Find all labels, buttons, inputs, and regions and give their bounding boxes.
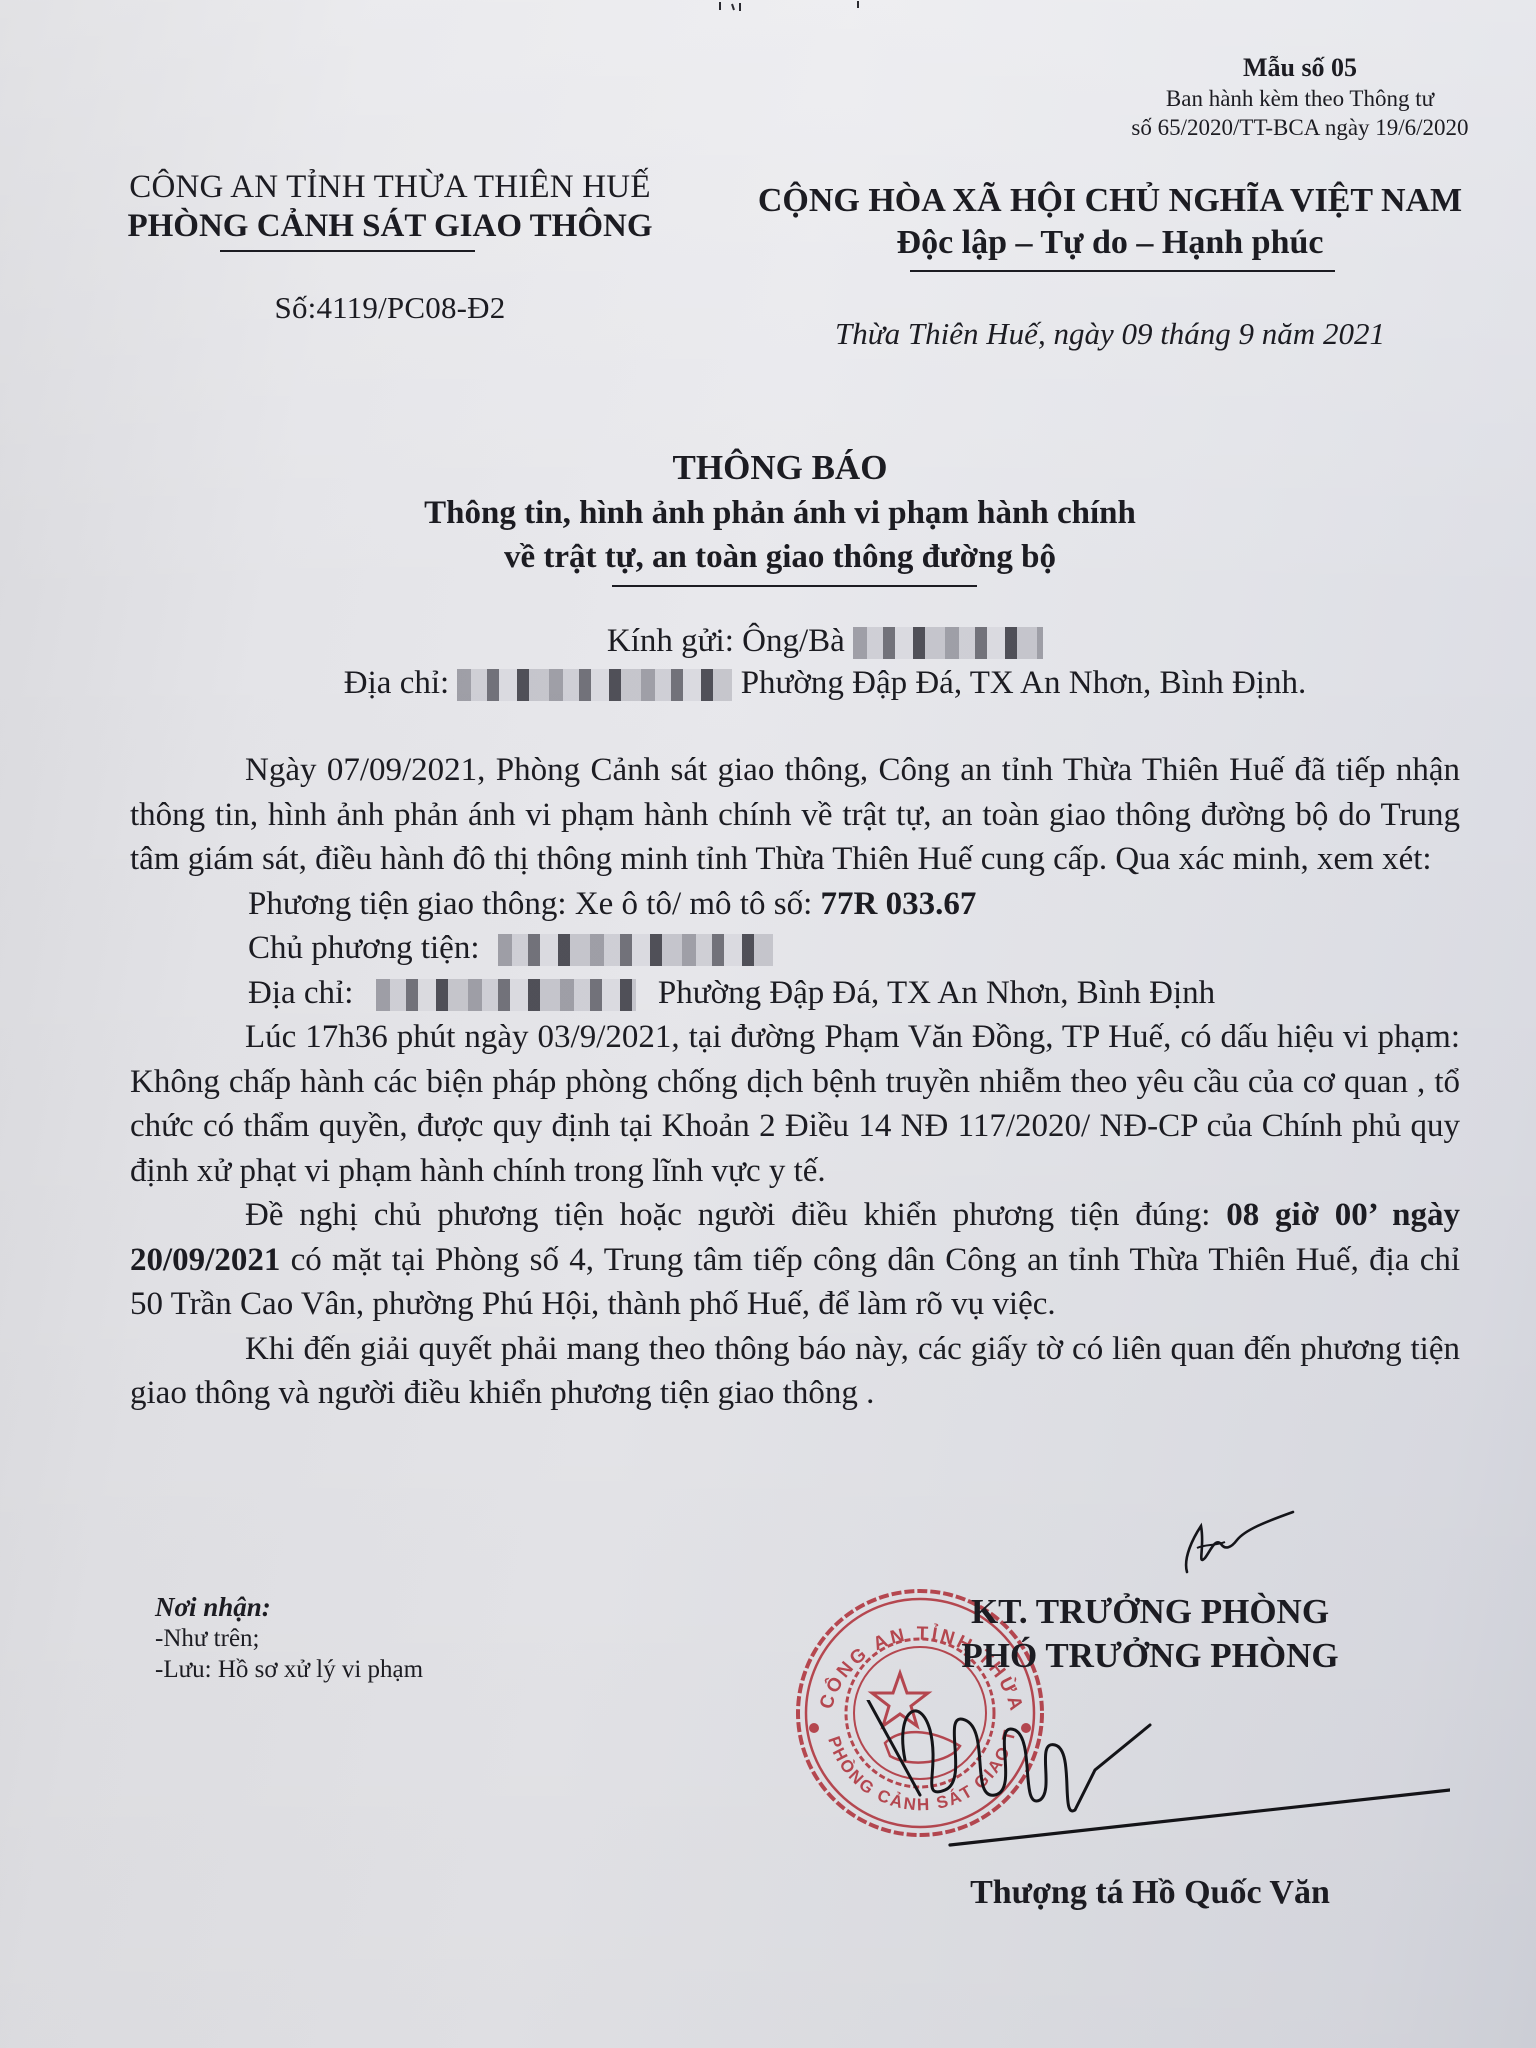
handwritten-initials <box>1175 1508 1295 1578</box>
document-number: Số:4119/PC08-Đ2 <box>70 290 710 326</box>
owner-row: Chủ phương tiện: <box>130 926 1460 971</box>
notice-body: Ngày 07/09/2021, Phòng Cảnh sát giao thô… <box>130 748 1460 1416</box>
redacted-addressee-name <box>853 627 1043 659</box>
department-name: PHÒNG CẢNH SÁT GIAO THÔNG <box>70 206 710 246</box>
violation-paragraph: Lúc 17h36 phút ngày 03/9/2021, tại đường… <box>130 1015 1460 1193</box>
document-subtitle-line-1: Thông tin, hình ảnh phản ánh vi phạm hàn… <box>330 491 1230 535</box>
title-underline <box>612 585 977 587</box>
recipients-block: Nơi nhận: -Như trên; -Lưu: Hồ sơ xử lý v… <box>155 1592 555 1685</box>
page-edge-mark <box>710 0 870 14</box>
addressee-name-row: Kính gửi: Ông/Bà <box>250 620 1400 662</box>
license-plate: 77R 033.67 <box>821 886 977 922</box>
address-label: Địa chỉ: <box>344 665 449 701</box>
address-tail: Phường Đập Đá, TX An Nhơn, Bình Định. <box>741 665 1307 701</box>
vehicle-label: Phương tiện giao thông: Xe ô tô/ mô tô s… <box>248 886 812 922</box>
handwritten-signature <box>850 1700 1450 1850</box>
form-issued-line-1: Ban hành kèm theo Thông tư <box>1090 84 1510 113</box>
recipient-item: -Lưu: Hồ sơ xử lý vi phạm <box>155 1654 555 1685</box>
form-reference: Mẫu số 05 Ban hành kèm theo Thông tư số … <box>1090 52 1510 142</box>
redacted-address <box>457 669 732 701</box>
addressee-block: Kính gửi: Ông/Bà Địa chỉ: Phường Đập Đá,… <box>250 620 1400 704</box>
vehicle-row: Phương tiện giao thông: Xe ô tô/ mô tô s… <box>130 882 1460 927</box>
summons-prefix: Đề nghị chủ phương tiện hoặc người điều … <box>245 1197 1210 1233</box>
closing-paragraph: Khi đến giải quyết phải mang theo thông … <box>130 1327 1460 1416</box>
motto-underline <box>910 270 1335 272</box>
issuing-agency: CÔNG AN TỈNH THỪA THIÊN HUẾ PHÒNG CẢNH S… <box>70 168 710 326</box>
addressee-address-row: Địa chỉ: Phường Đập Đá, TX An Nhơn, Bình… <box>250 662 1400 704</box>
intro-paragraph: Ngày 07/09/2021, Phòng Cảnh sát giao thô… <box>130 748 1460 882</box>
signing-authority: KT. TRƯỞNG PHÒNG <box>830 1590 1470 1634</box>
document-title-block: THÔNG BÁO Thông tin, hình ảnh phản ánh v… <box>330 445 1230 587</box>
form-number: Mẫu số 05 <box>1090 52 1510 84</box>
recipient-item: -Như trên; <box>155 1623 555 1654</box>
place-and-date: Thừa Thiên Huế, ngày 09 tháng 9 năm 2021 <box>720 316 1500 352</box>
redacted-owner-name <box>498 934 773 966</box>
addressee-label: Kính gửi: Ông/Bà <box>607 623 845 659</box>
parent-agency: CÔNG AN TỈNH THỪA THIÊN HUẾ <box>70 168 710 206</box>
owner-address-row: Địa chỉ: Phường Đập Đá, TX An Nhơn, Bình… <box>130 971 1460 1016</box>
form-issued-line-2: số 65/2020/TT-BCA ngày 19/6/2020 <box>1090 113 1510 142</box>
national-motto: Độc lập – Tự do – Hạnh phúc <box>720 222 1500 264</box>
country-name: CỘNG HÒA XÃ HỘI CHỦ NGHĨA VIỆT NAM <box>720 180 1500 222</box>
recipients-heading: Nơi nhận: <box>155 1592 555 1623</box>
document-subtitle-line-2: về trật tự, an toàn giao thông đường bộ <box>330 535 1230 579</box>
national-header: CỘNG HÒA XÃ HỘI CHỦ NGHĨA VIỆT NAM Độc l… <box>720 180 1500 352</box>
owner-label: Chủ phương tiện: <box>248 930 480 966</box>
redacted-owner-address <box>376 979 636 1011</box>
signer-name: Thượng tá Hồ Quốc Văn <box>830 1874 1470 1912</box>
signer-position: PHÓ TRƯỞNG PHÒNG <box>830 1634 1470 1678</box>
owner-address-label: Địa chỉ: <box>248 975 353 1011</box>
summons-paragraph: Đề nghị chủ phương tiện hoặc người điều … <box>130 1193 1460 1327</box>
department-underline <box>220 250 475 252</box>
document-title: THÔNG BÁO <box>330 445 1230 491</box>
owner-address-tail: Phường Đập Đá, TX An Nhơn, Bình Định <box>658 975 1215 1011</box>
summons-suffix: có mặt tại Phòng số 4, Trung tâm tiếp cô… <box>130 1242 1460 1323</box>
